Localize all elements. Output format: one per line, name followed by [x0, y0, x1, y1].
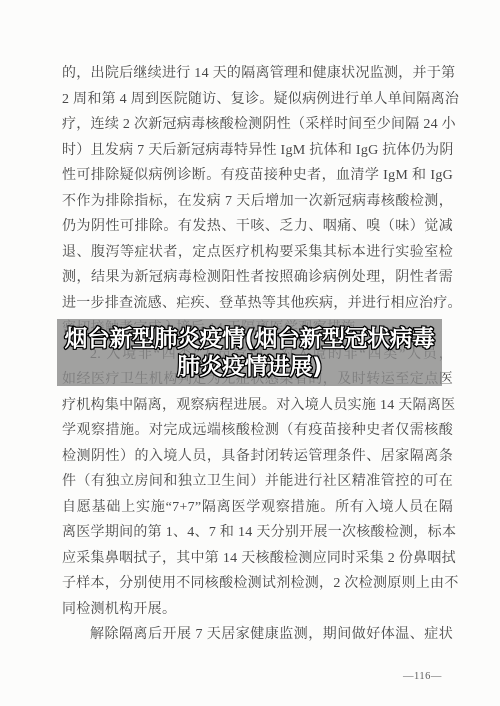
body-text-line: 离医学期间的第 1、4、7 和 14 天分别开展一次核酸检测，标本: [62, 520, 453, 546]
body-text-line: 自愿基础上实施“7+7”隔离医学观察措施。所有入境人员在隔: [62, 495, 453, 521]
body-text-line: 时）且发病 7 天后新冠病毒特异性 IgM 抗体和 IgG 抗体仍为阴: [62, 138, 453, 164]
body-text-line: 仍为阴性可排除。有发热、干咳、乏力、咽痛、嗅（味）觉减: [62, 214, 453, 240]
body-text-line: 疗，连续 2 次新冠病毒核酸检测阴性（采样时间至少间隔 24 小: [62, 112, 453, 138]
body-text-line: 学观察措施。对完成远端核酸检测（有疫苗接种史者仅需核酸: [62, 418, 453, 444]
document-page: 的，出院后继续进行 14 天的隔离管理和健康状况监测，并于第2 周和第 4 周到…: [0, 0, 500, 706]
overlay-title-line-1: 烟台新型肺炎疫情(烟台新型冠状病毒: [64, 325, 434, 353]
body-text-line: 子样本，分别使用不同核酸检测试剂检测，2 次检测原则上由不: [62, 571, 453, 597]
page-number: —116—: [403, 671, 442, 682]
body-text-line: 解除隔离后开展 7 天居家健康监测，期间做好体温、症状: [62, 622, 453, 648]
body-text-line: 疗机构集中隔离，观察病程进展。对入境人员实施 14 天隔离医: [62, 393, 453, 419]
body-text-line: 同检测机构开展。: [62, 597, 453, 623]
overlay-title-line-2: 肺炎疫情进展): [177, 353, 322, 381]
title-overlay-band: 烟台新型肺炎疫情(烟台新型冠状病毒 肺炎疫情进展): [57, 319, 442, 386]
body-text-line: 2 周和第 4 周到医院随访、复诊。疑似病例进行单人单间隔离治: [62, 87, 453, 113]
body-text-line: 退、腹泻等症状者，定点医疗机构要采集其标本进行实验室检: [62, 240, 453, 266]
body-text-line: 测，结果为新冠病毒检测阳性者按照确诊病例处理，阴性者需: [62, 265, 453, 291]
body-text-line: 的，出院后继续进行 14 天的隔离管理和健康状况监测，并于第: [62, 61, 453, 87]
body-text-line: 不作为排除指标，在发病 7 天后增加一次新冠病毒核酸检测，: [62, 189, 453, 215]
body-text-line: 件（有独立房间和独立卫生间）并能进行社区精准管控的可在: [62, 469, 453, 495]
body-text-line: 检测阴性）的入境人员，具备封闭转运管理条件、居家隔离条: [62, 444, 453, 470]
body-text-line: 应采集鼻咽拭子，其中第 14 天核酸检测应同时采集 2 份鼻咽拭: [62, 546, 453, 572]
body-text-line: 进一步排查流感、疟疾、登革热等其他疾病，并进行相应治疗。: [62, 291, 453, 317]
body-text-line: 性可排除疑似病例诊断。有疫苗接种史者，血清学 IgM 和 IgG: [62, 163, 453, 189]
